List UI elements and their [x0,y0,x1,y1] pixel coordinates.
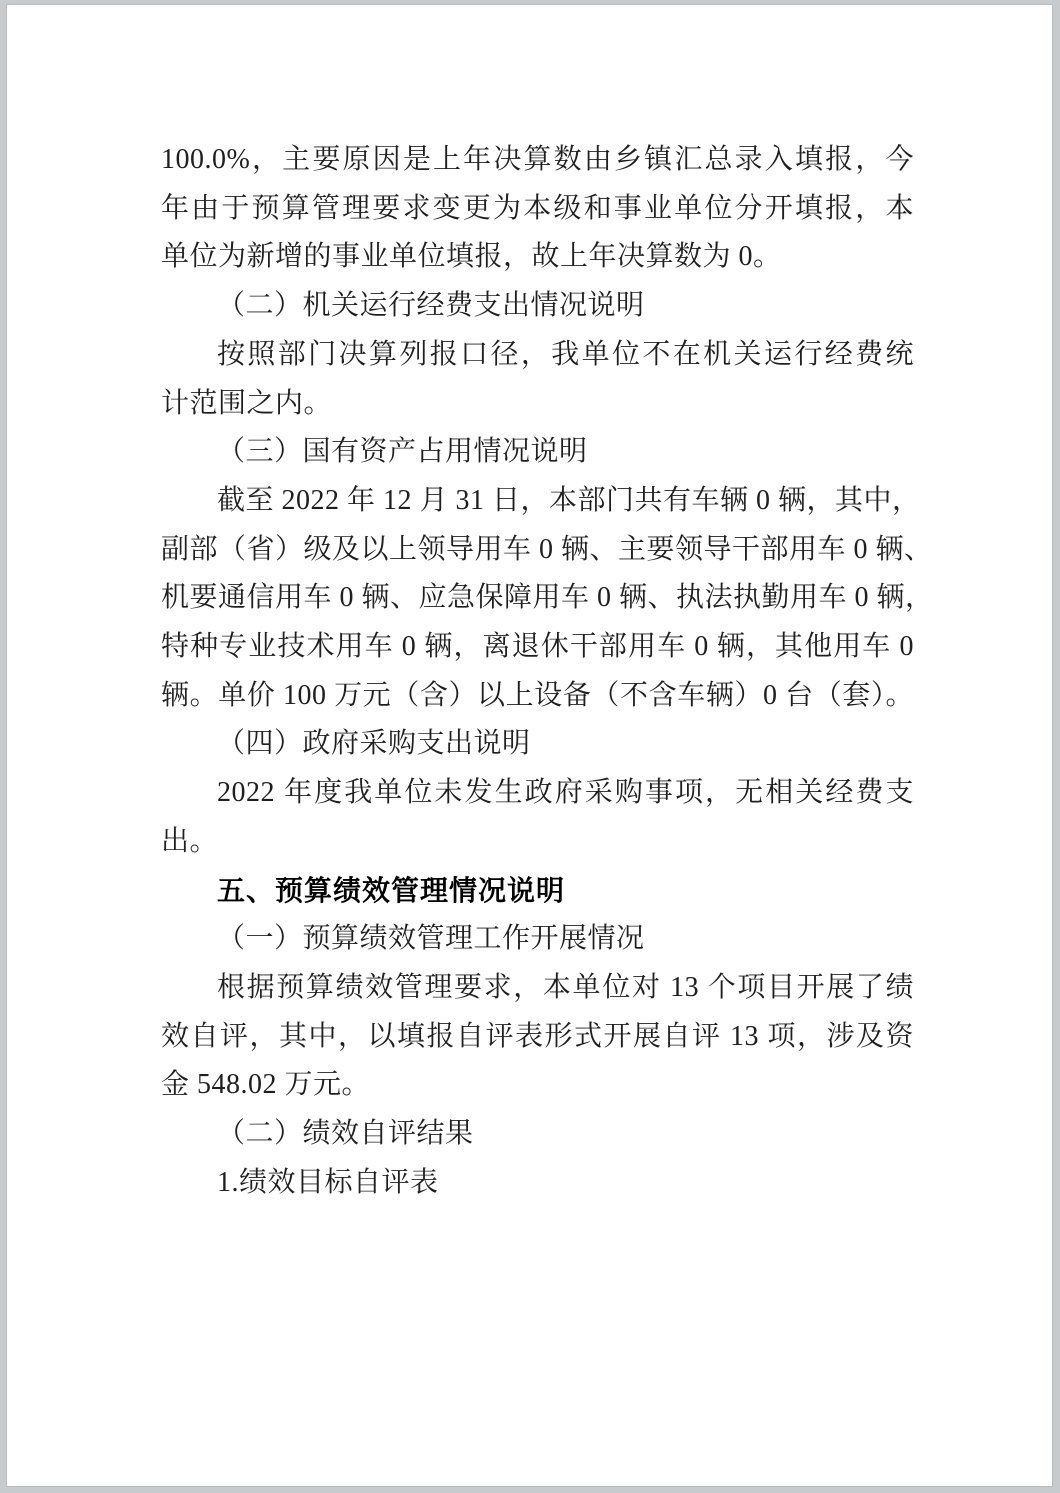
text-line: （三）国有资产占用情况说明 [161,428,914,477]
text-line: 特种专业技术用车 0 辆，离退休干部用车 0 辆，其他用车 0 [161,623,914,672]
text-line: 计范围之内。 [161,380,914,429]
text-line: （一）预算绩效管理工作开展情况 [161,915,914,964]
text-line: 年由于预算管理要求变更为本级和事业单位分开填报，本 [161,185,914,234]
text-line: 单位为新增的事业单位填报，故上年决算数为 0。 [161,233,914,282]
text-line: 出。 [161,818,914,867]
text-line: 1.绩效目标自评表 [161,1159,914,1208]
document-body: 100.0%，主要原因是上年决算数由乡镇汇总录入填报，今年由于预算管理要求变更为… [161,136,914,1207]
scan-background: 100.0%，主要原因是上年决算数由乡镇汇总录入填报，今年由于预算管理要求变更为… [0,0,1060,1493]
section-heading: 五、预算绩效管理情况说明 [161,867,914,916]
text-line: 按照部门决算列报口径，我单位不在机关运行经费统 [161,331,914,380]
text-line: 辆。单价 100 万元（含）以上设备（不含车辆）0 台（套）。 [161,672,914,721]
text-line: 100.0%，主要原因是上年决算数由乡镇汇总录入填报，今 [161,136,914,185]
text-line: 截至 2022 年 12 月 31 日，本部门共有车辆 0 辆，其中， [161,477,914,526]
text-line: （二）机关运行经费支出情况说明 [161,282,914,331]
text-line: 效自评，其中，以填报自评表形式开展自评 13 项，涉及资 [161,1013,914,1062]
text-line: （二）绩效自评结果 [161,1110,914,1159]
text-line: 副部（省）级及以上领导用车 0 辆、主要领导干部用车 0 辆、 [161,526,914,575]
text-line: （四）政府采购支出说明 [161,720,914,769]
document-page: 100.0%，主要原因是上年决算数由乡镇汇总录入填报，今年由于预算管理要求变更为… [7,5,1052,1486]
text-line: 2022 年度我单位未发生政府采购事项，无相关经费支 [161,769,914,818]
text-line: 机要通信用车 0 辆、应急保障用车 0 辆、执法执勤用车 0 辆， [161,574,914,623]
text-line: 金 548.02 万元。 [161,1061,914,1110]
text-line: 根据预算绩效管理要求，本单位对 13 个项目开展了绩 [161,964,914,1013]
